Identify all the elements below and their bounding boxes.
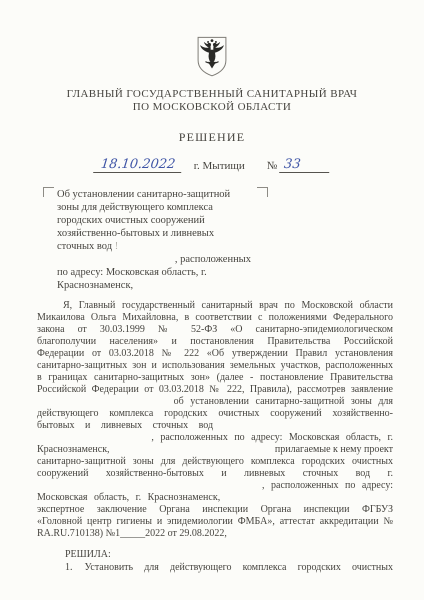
body-line: санитарно-защитной зоны для действующего… [37, 456, 393, 468]
title-line: зоны для действующего комплекса [57, 201, 251, 214]
title-line: , расположенных [57, 253, 251, 266]
body-line: сооружений хозяйственно-бытовых и ливнев… [37, 468, 393, 480]
document-page: ГЛАВНЫЙ ГОСУДАРСТВЕННЫЙ САНИТАРНЫЙ ВРАЧ … [0, 0, 424, 600]
handwritten-date: 18.10.2022 [93, 157, 183, 173]
body-line: благополучии населения» и постановления … [37, 336, 393, 348]
title-line: городских очистных сооружений [57, 214, 251, 227]
resolution-heading: РЕШИЛА: [37, 549, 393, 561]
document-type-heading: РЕШЕНИЕ [0, 130, 424, 145]
title-line: по адресу: Московская область, г. [57, 266, 251, 279]
body-split-right: прилагаемые к нему проект [275, 444, 393, 456]
body-line: RA.RU.710138) №1_____2022 от 29.08.2022, [37, 528, 393, 540]
body-text: Я, Главный государственный санитарный вр… [37, 300, 393, 540]
resolution-section: РЕШИЛА: 1. Установить для действующего к… [37, 549, 393, 574]
body-line: Я, Главный государственный санитарный вр… [37, 300, 393, 312]
body-line: , расположенных по адресу: Московская об… [37, 432, 393, 444]
body-line: Московская область, г. Краснознаменск, [37, 492, 393, 504]
title-corner-mark-right-icon [257, 187, 268, 197]
body-line: «Головной центр гигиены и эпидемиологии … [37, 516, 393, 528]
title-corner-mark-left-icon [43, 187, 54, 197]
redaction-mark: ! [115, 241, 119, 252]
date-line: 18.10.2022 г. Мытищи № 33 [0, 157, 424, 173]
org-name-line2: ПО МОСКОВСКОЙ ОБЛАСТИ [0, 101, 424, 114]
number-sign: № [267, 160, 278, 172]
body-line-split: Краснознаменск, прилагаемые к нему проек… [37, 444, 393, 456]
document-number: № 33 [267, 157, 331, 173]
place-label: г. Мытищи [194, 160, 245, 172]
resolution-item-number: 1. [37, 562, 73, 574]
handwritten-number: 33 [279, 157, 331, 173]
org-name: ГЛАВНЫЙ ГОСУДАРСТВЕННЫЙ САНИТАРНЫЙ ВРАЧ … [0, 88, 424, 114]
body-line: Федерации от 03.03.2018 № 222 «Об утверж… [37, 348, 393, 360]
title-line: Об установлении санитарно-защитной [57, 188, 251, 201]
body-line: , расположенных по адресу: [37, 480, 393, 492]
title-line: сточных вод ! [57, 240, 251, 253]
body-line: Микаилова Ольга Михайловна, в соответств… [37, 312, 393, 324]
russia-coat-of-arms-icon [194, 34, 230, 80]
body-line: действующего комплекса городских очистны… [37, 408, 393, 420]
resolution-item-1: 1. Установить для действующего комплекса… [37, 562, 393, 574]
org-name-line1: ГЛАВНЫЙ ГОСУДАРСТВЕННЫЙ САНИТАРНЫЙ ВРАЧ [0, 88, 424, 101]
body-line: экспертное заключение Органа инспекции О… [37, 504, 393, 516]
body-line: об установлении санитарно-защитной зоны … [37, 396, 393, 408]
body-line: бытовых и ливневых сточных вод [37, 420, 393, 432]
body-split-left: Краснознаменск, [37, 444, 110, 456]
resolution-item-text: Установить для действующего комплекса го… [85, 562, 394, 574]
body-line: в границах санитарно-защитных зон» (дале… [37, 372, 393, 384]
title-line: Краснознаменск, [57, 279, 251, 292]
body-line: Российской Федерации от 03.03.2018 № 222… [37, 384, 393, 396]
title-line: хозяйственно-бытовых и ливневых [57, 227, 251, 240]
title-line-text: сточных вод [57, 241, 112, 252]
body-line: закона от 30.03.1999 № 52-ФЗ «О санитарн… [37, 324, 393, 336]
body-line: санитарно-защитных зон и использования з… [37, 360, 393, 372]
title-block: Об установлении санитарно-защитной зоны … [57, 188, 251, 292]
